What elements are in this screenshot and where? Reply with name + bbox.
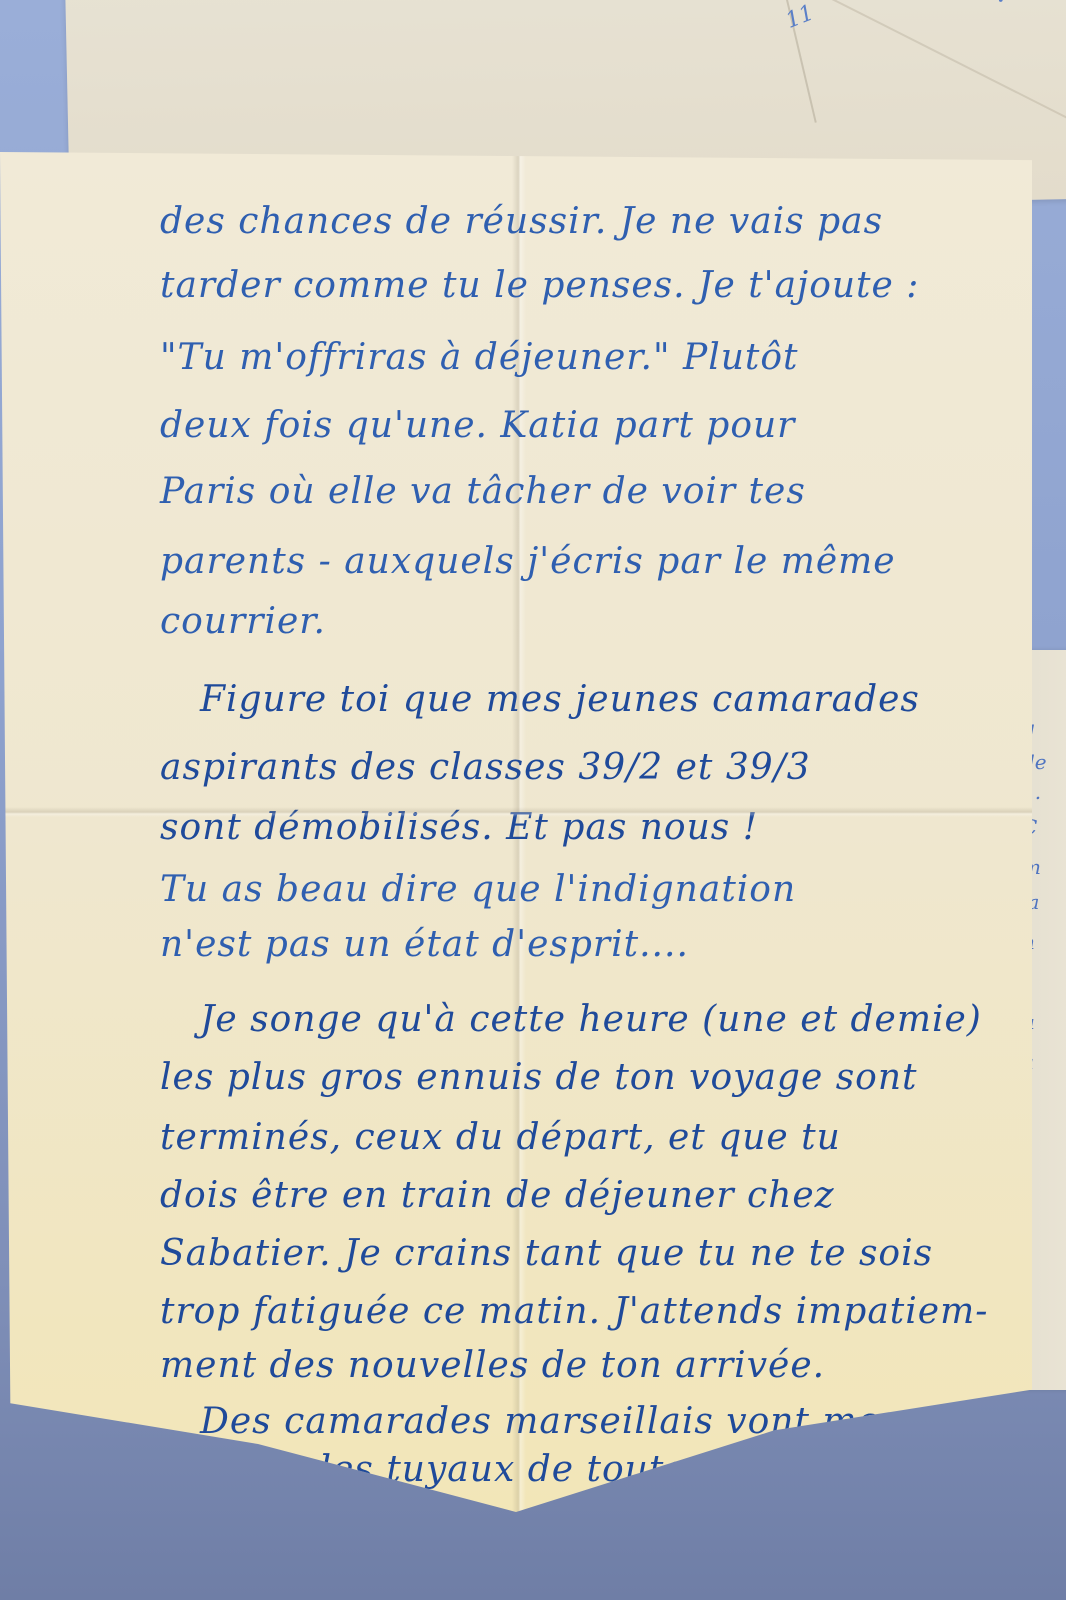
letter-line: sont démobilisés. Et pas nous ! bbox=[160, 810, 758, 846]
background-text-fragment: soir. bbox=[951, 0, 1014, 10]
letter-line: Je songe qu'à cette heure (une et demie) bbox=[200, 1002, 982, 1038]
letter-line: dois être en train de déjeuner chez bbox=[160, 1178, 835, 1214]
letter-line: Figure toi que mes jeunes camarades bbox=[200, 682, 920, 718]
letter-line: des chances de réussir. Je ne vais pas bbox=[160, 204, 883, 240]
letter-line: donner des tuyaux de toutes sortes que bbox=[160, 1452, 919, 1488]
letter-line: parents - auxquels j'écris par le même bbox=[160, 544, 896, 580]
letter-line: courrier. bbox=[160, 604, 326, 640]
letter-line: "Tu m'offriras à déjeuner." Plutôt bbox=[160, 340, 799, 376]
letter-line: trop fatiguée ce matin. J'attends impati… bbox=[160, 1294, 988, 1330]
letter-line: les plus gros ennuis de ton voyage sont bbox=[160, 1060, 918, 1096]
letter-line: ment des nouvelles de ton arrivée. bbox=[160, 1348, 825, 1384]
letter-line: tarder comme tu le penses. Je t'ajoute : bbox=[160, 268, 919, 304]
handwritten-letter-page: des chances de réussir. Je ne vais pas t… bbox=[0, 152, 1032, 1512]
letter-line: terminés, ceux du départ, et que tu bbox=[160, 1120, 841, 1156]
letter-line: aspirants des classes 39/2 et 39/3 bbox=[160, 750, 811, 786]
letter-line: n'est pas un état d'esprit.... bbox=[160, 927, 689, 963]
letter-line: Tu as beau dire que l'indignation bbox=[160, 872, 796, 908]
paper-fold bbox=[805, 0, 1066, 158]
letter-line: Paris où elle va tâcher de voir tes bbox=[160, 474, 806, 510]
letter-line: Des camarades marseillais vont me bbox=[200, 1404, 880, 1440]
letter-line: Sabatier. Je crains tant que tu ne te so… bbox=[160, 1236, 933, 1272]
letter-line: deux fois qu'une. Katia part pour bbox=[160, 408, 795, 444]
